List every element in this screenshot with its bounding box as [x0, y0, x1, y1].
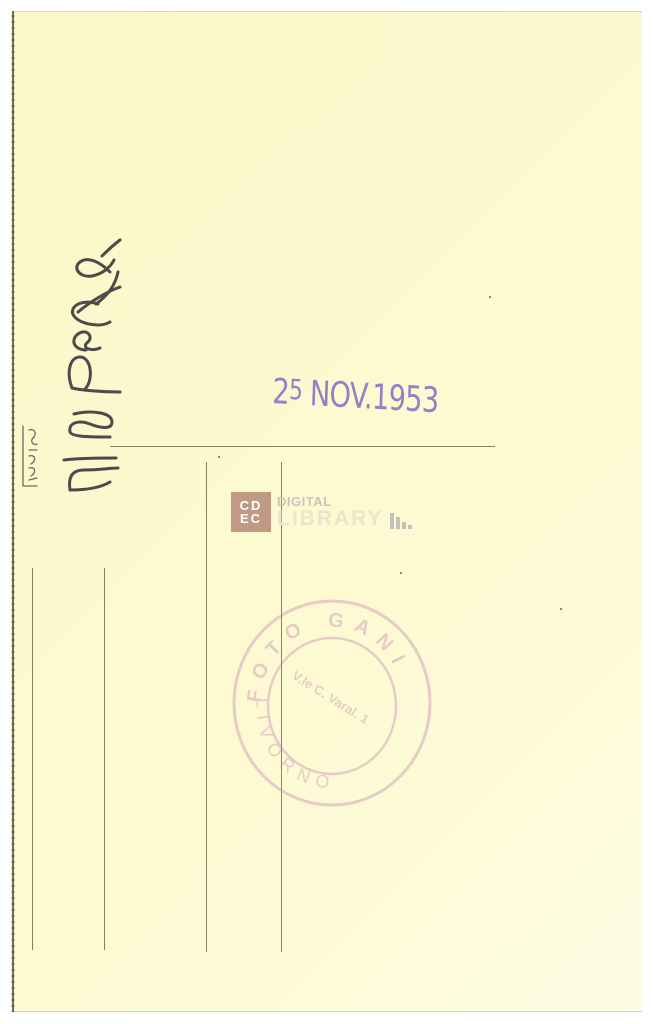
bar-chart-icon — [390, 513, 412, 529]
small-handwritten-note — [15, 420, 45, 490]
cdec-digital-library-watermark: CD EC DIGITAL LIBRARY — [231, 492, 412, 532]
printed-line-2 — [104, 568, 105, 950]
date-stamp-day-1: 2 — [272, 372, 290, 413]
paper-speck — [218, 456, 220, 458]
stamp-inner-text: V.le C. Varal. 1 — [289, 668, 371, 727]
photographer-round-stamp: FOTO GANI LIVORNO V.le C. Varal. 1 — [231, 598, 433, 808]
date-stamp-day-2: 5 — [288, 373, 302, 407]
handwritten-signature — [40, 232, 150, 502]
printed-line-3 — [206, 462, 207, 952]
printed-divider-line — [110, 446, 495, 447]
date-stamp-month-year: NOV.1953 — [309, 374, 439, 421]
paper-speck — [400, 572, 402, 574]
watermark-text-library: LIBRARY — [277, 508, 384, 529]
cdec-logo: CD EC — [231, 492, 271, 532]
paper-speck — [560, 608, 562, 610]
printed-line-1 — [32, 568, 33, 950]
paper-speck — [489, 296, 491, 298]
